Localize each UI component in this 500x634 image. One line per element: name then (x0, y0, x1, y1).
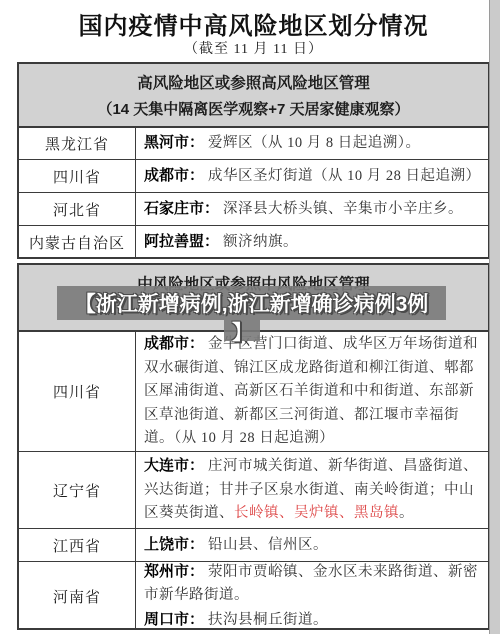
detail-text: 铅山县、信州区。 (208, 537, 328, 553)
detail-cell: 阿拉善盟：额济纳旗。 (136, 226, 488, 258)
watermark-bracket-glyph: 】 (232, 316, 252, 345)
city-name: 周口市： (144, 611, 204, 628)
province-cell: 四川省 (19, 160, 136, 192)
high-risk-table: 高风险地区或参照高风险地区管理 （14 天集中隔离医学观察+7 天居家健康观察）… (17, 62, 490, 259)
city-name: 石家庄市： (144, 200, 219, 217)
detail-text: 爱辉区（从 10 月 8 日起追溯）。 (208, 135, 421, 151)
detail-cell: 黑河市：爱辉区（从 10 月 8 日起追溯）。 (136, 128, 488, 159)
province-cell: 四川省 (19, 332, 136, 451)
table-row: 四川省 成都市：金牛区营门口街道、成华区万年场街道和双水碾街道、锦江区成龙路街道… (19, 331, 488, 451)
city-name: 郑州市： (144, 563, 204, 580)
right-edge-strip (489, 0, 500, 634)
page-subtitle: （截至 11 月 11 日） (17, 38, 490, 58)
detail-text: 额济纳旗。 (223, 234, 298, 250)
high-risk-table-header: 高风险地区或参照高风险地区管理 （14 天集中隔离医学观察+7 天居家健康观察） (19, 64, 488, 127)
city-name: 黑河市： (144, 134, 204, 151)
watermark-overlay: 【浙江新增病例,浙江新增确诊病例3例 (57, 286, 446, 320)
detail-text: 扶沟县桐丘街道。 (208, 612, 328, 628)
city-name: 大连市： (144, 457, 204, 474)
watermark-bracket: 】 (224, 320, 260, 341)
city-name: 成都市： (144, 335, 204, 352)
detail-text: 成华区圣灯街道（从 10 月 28 日起追溯） (208, 168, 481, 184)
province-cell: 辽宁省 (19, 452, 136, 528)
detail-cell: 成都市：金牛区营门口街道、成华区万年场街道和双水碾街道、锦江区成龙路街道和柳江街… (136, 332, 488, 451)
table-row: 黑龙江省 黑河市：爱辉区（从 10 月 8 日起追溯）。 (19, 127, 488, 159)
detail-cell: 大连市：庄河市城关街道、新华街道、昌盛街道、兴达街道；甘井子区泉水街道、南关岭街… (136, 452, 488, 528)
table-row: 河北省 石家庄市：深泽县大桥头镇、辛集市小辛庄乡。 (19, 192, 488, 225)
province-cell: 河南省 (19, 562, 136, 630)
detail-cell: 郑州市：荥阳市贾峪镇、金水区未来路街道、新密市新华路街道。 周口市：扶沟县桐丘街… (136, 562, 488, 630)
watermark-text: 【浙江新增病例,浙江新增确诊病例3例 (75, 288, 429, 318)
detail-cell: 成都市：成华区圣灯街道（从 10 月 28 日起追溯） (136, 160, 488, 192)
page-title: 国内疫情中高风险地区划分情况 (17, 6, 490, 41)
city-name: 阿拉善盟： (144, 233, 219, 250)
detail-text: 。 (399, 505, 414, 521)
header-line-2: （14 天集中隔离医学观察+7 天居家健康观察） (19, 97, 488, 127)
detail-cell: 上饶市：铅山县、信州区。 (136, 529, 488, 561)
table-row: 四川省 成都市：成华区圣灯街道（从 10 月 28 日起追溯） (19, 159, 488, 192)
city-name: 上饶市： (144, 536, 204, 553)
province-cell: 江西省 (19, 529, 136, 561)
red-highlight-towns: 长岭镇、吴炉镇、黑岛镇 (234, 505, 399, 521)
document-page: 国内疫情中高风险地区划分情况 （截至 11 月 11 日） 高风险地区或参照高风… (0, 0, 500, 634)
detail-text: 深泽县大桥头镇、辛集市小辛庄乡。 (223, 201, 463, 217)
province-cell: 内蒙古自治区 (19, 226, 136, 258)
table-row: 辽宁省 大连市：庄河市城关街道、新华街道、昌盛街道、兴达街道；甘井子区泉水街道、… (19, 451, 488, 528)
city-name: 成都市： (144, 167, 204, 184)
header-line-1: 高风险地区或参照高风险地区管理 (19, 64, 488, 97)
table-row: 江西省 上饶市：铅山县、信州区。 (19, 528, 488, 561)
table-row: 内蒙古自治区 阿拉善盟：额济纳旗。 (19, 225, 488, 258)
detail-text: 金牛区营门口街道、成华区万年场街道和双水碾街道、锦江区成龙路街道和柳江街道、郫都… (144, 336, 478, 446)
table-row: 河南省 郑州市：荥阳市贾峪镇、金水区未来路街道、新密市新华路街道。 周口市：扶沟… (19, 561, 488, 630)
detail-cell: 石家庄市：深泽县大桥头镇、辛集市小辛庄乡。 (136, 193, 488, 225)
province-cell: 河北省 (19, 193, 136, 225)
province-cell: 黑龙江省 (19, 128, 136, 159)
